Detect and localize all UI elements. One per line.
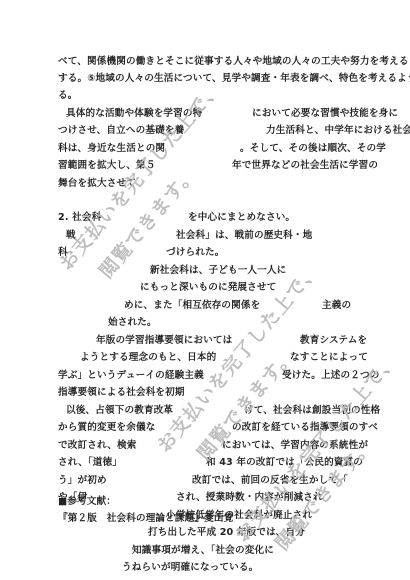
- text-segment: 始された。: [108, 317, 157, 329]
- text-segment: 年版の学習指導要領においては: [96, 335, 232, 347]
- text-segment: 教育システムを: [300, 335, 367, 347]
- text-segment: 年で世界などの社会生活に学習の: [232, 160, 378, 172]
- text-segment: 社会科」は、戦前の歴史科・地: [176, 230, 312, 242]
- text-segment: る。: [58, 90, 78, 102]
- text-segment: にもっと深いものに発展させて: [140, 282, 276, 294]
- text-segment: う」が初め: [58, 475, 107, 487]
- text-segment: 学ぶ」というデューイの経験主義: [58, 370, 204, 382]
- text-segment: なすことによって: [290, 352, 368, 364]
- text-segment: から質的変更を余儀な: [58, 422, 155, 434]
- text-segment: する。⑤地域の人々の生活について、見学や調査・年表を調べ、特色を考えるようにす: [58, 73, 410, 85]
- text-segment: において必要な習慣や技能を身に: [252, 108, 398, 120]
- text-segment: 以後、占領下の教育改革: [66, 405, 173, 417]
- text-segment: めに、また「相互依存の関係を: [124, 300, 260, 312]
- text-segment: 指導要領による社会科を初期: [58, 387, 185, 399]
- text-segment: ようとする理念のもと、日本的: [80, 352, 216, 364]
- document-page: べて、関係機関の働きとそこに従事する人々や地域の人々の工夫や努力を考えるようにす…: [0, 0, 410, 580]
- text-segment: 主義の: [322, 300, 351, 312]
- text-segment: 新社会科は、子ども一人一人に: [150, 265, 286, 277]
- text-segment: うねらいが明確になっている。: [122, 562, 258, 574]
- text-segment: 力生活科と、中学年における社会: [266, 125, 410, 137]
- text-segment: べて、関係機関の働きとそこに従事する人々や地域の人々の工夫や努力を考えるように: [58, 56, 410, 68]
- text-segment: 。そして、その後は順次、その学: [240, 143, 386, 155]
- text-segment: で改訂され、検索: [58, 440, 137, 452]
- text-segment: 知識事項が増え、「社会の変化に: [132, 545, 274, 557]
- text-segment: され、「道徳」: [58, 457, 122, 469]
- text-segment: づけられた。: [166, 247, 224, 259]
- text-segment: を中心にまとめなさい。: [188, 212, 295, 224]
